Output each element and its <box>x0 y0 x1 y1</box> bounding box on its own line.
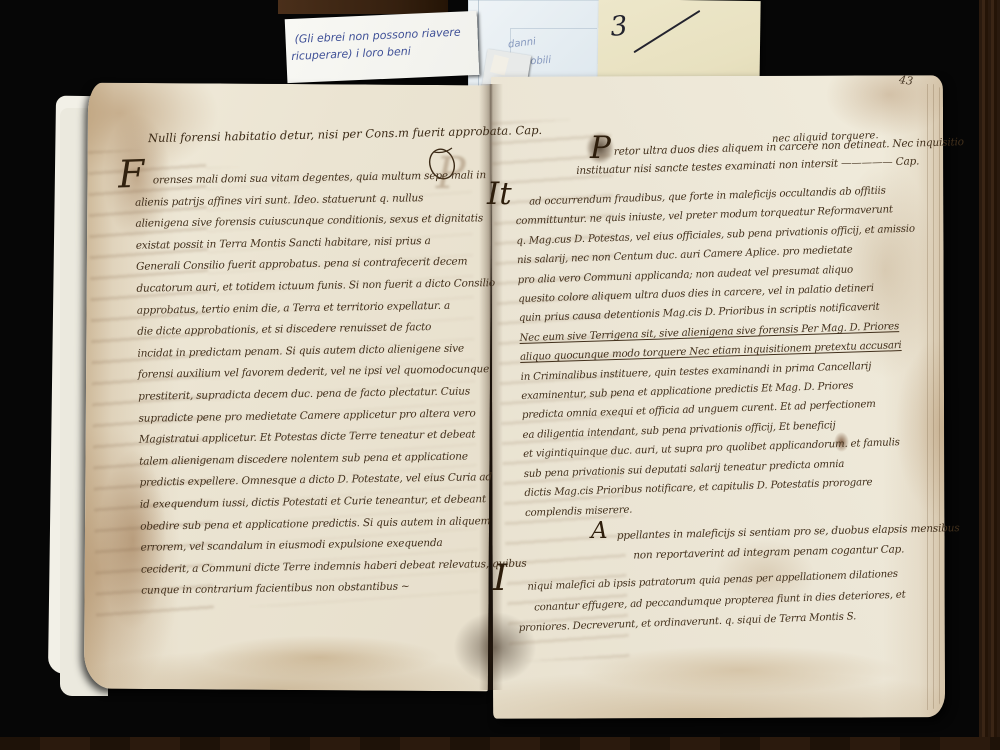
wood-table-edge-bottom <box>0 737 1000 750</box>
initial-letter: It <box>487 176 512 212</box>
right-page-body-text-1: ad occurrendum fraudibus, que forte in m… <box>515 179 973 523</box>
white-note-slip: (Gli ebrei non possono riavere ricuperar… <box>285 11 480 83</box>
wood-table-sliver-top <box>278 0 448 14</box>
initial-letter: A <box>591 518 608 544</box>
right-page-heading-2: ppellantes in maleficijs si sentiam pro … <box>617 519 961 566</box>
manuscript-photo: danni i nobili 3 (Gli ebrei non possono … <box>0 0 1000 750</box>
wood-table-edge-right <box>979 0 1000 750</box>
left-page-body-text: orenses mali domi sua vitam degentes, qu… <box>135 165 484 602</box>
pen-slash-mark <box>633 10 700 53</box>
tab-number: 3 <box>609 10 629 42</box>
folio-page-number: 43 <box>898 73 913 88</box>
initial-letter: I <box>493 558 507 599</box>
